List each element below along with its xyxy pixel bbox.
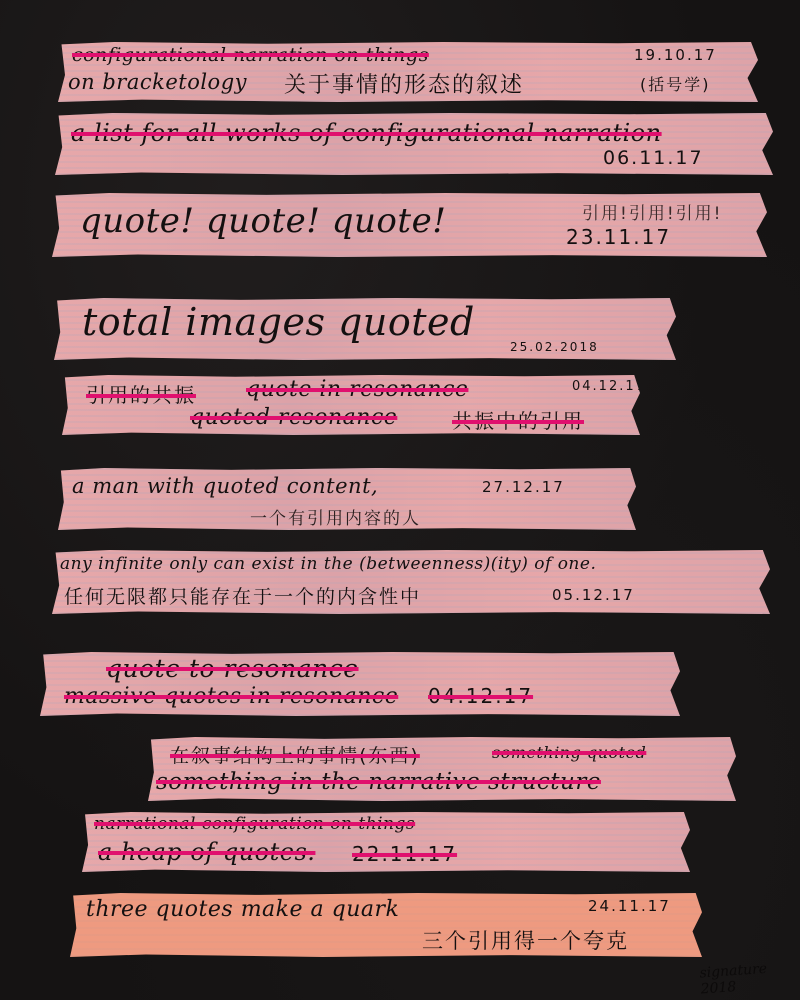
text-line: on bracketology [68, 70, 247, 94]
struck-chinese-text: 在叙事结构上的事情(东西) [170, 741, 420, 768]
strip-configurational-narration: configurational narration on things on b… [58, 42, 758, 102]
struck-text: something in the narrative structure [156, 769, 601, 795]
strip-quote-quote-quote: quote! quote! quote! 引用!引用!引用! 23.11.17 [52, 193, 767, 257]
struck-chinese-text: 引用的共振 [86, 379, 196, 408]
chinese-text: 三个引用得一个夸克 [422, 925, 629, 955]
date-label: 24.11.17 [588, 897, 671, 915]
strip-quote-to-resonance: quote to resonance massive quotes in res… [40, 652, 680, 716]
struck-text: quoted resonance [190, 405, 397, 430]
date-label: 23.11.17 [566, 225, 671, 249]
strip-narrative-structure: 在叙事结构上的事情(东西) something quoted something… [148, 737, 736, 801]
date-label: 25.02.2018 [510, 340, 599, 354]
strip-man-with-quoted-content: a man with quoted content, 27.12.17 一个有引… [58, 468, 636, 530]
struck-text: quote to resonance [106, 654, 359, 683]
chinese-text: 引用!引用!引用! [582, 199, 722, 224]
date-label: 04.12.17 [572, 379, 646, 394]
chinese-paren-text: (括号学) [640, 72, 711, 95]
chinese-text: 任何无限都只能存在于一个的内含性中 [64, 582, 421, 609]
chinese-text: 一个有引用内容的人 [250, 504, 421, 529]
struck-text: something quoted [492, 743, 646, 762]
date-label: 05.12.17 [552, 586, 635, 604]
date-label: 27.12.17 [482, 478, 565, 496]
strip-list-of-works: a list for all works of configurational … [55, 113, 773, 175]
struck-chinese-text: 共振中的引用 [452, 405, 584, 434]
text-line: a man with quoted content, [72, 474, 378, 498]
struck-date-label: 22.11.17 [352, 842, 457, 866]
struck-text: a list for all works of configurational … [71, 119, 662, 147]
struck-text: narrational configuration on things [94, 814, 415, 834]
strip-three-quotes-quark: three quotes make a quark 24.11.17 三个引用得… [70, 893, 702, 957]
date-label: 06.11.17 [603, 147, 704, 169]
date-label: 19.10.17 [634, 46, 717, 64]
strip-any-infinite: any infinite only can exist in the (betw… [52, 550, 770, 614]
strip-quote-in-resonance: 引用的共振 quote in resonance 04.12.17 quoted… [62, 375, 640, 435]
chinese-text: 关于事情的形态的叙述 [284, 68, 524, 99]
struck-text: quote in resonance [246, 377, 468, 402]
text-line: three quotes make a quark [86, 897, 399, 922]
strip-heap-of-quotes: narrational configuration on things a he… [82, 812, 690, 872]
struck-text: configurational narration on things [72, 44, 429, 66]
strip-total-images-quoted: total images quoted 25.02.2018 [54, 298, 676, 360]
struck-text: massive quotes in resonance [64, 684, 398, 709]
struck-date-label: 04.12.17 [428, 684, 533, 708]
text-line: total images quoted [82, 300, 475, 344]
signature-year: 2018 [700, 979, 737, 997]
text-line: quote! quote! quote! [80, 201, 446, 241]
struck-text: a heap of quotes. [98, 838, 315, 866]
text-line: any infinite only can exist in the (betw… [60, 554, 596, 574]
